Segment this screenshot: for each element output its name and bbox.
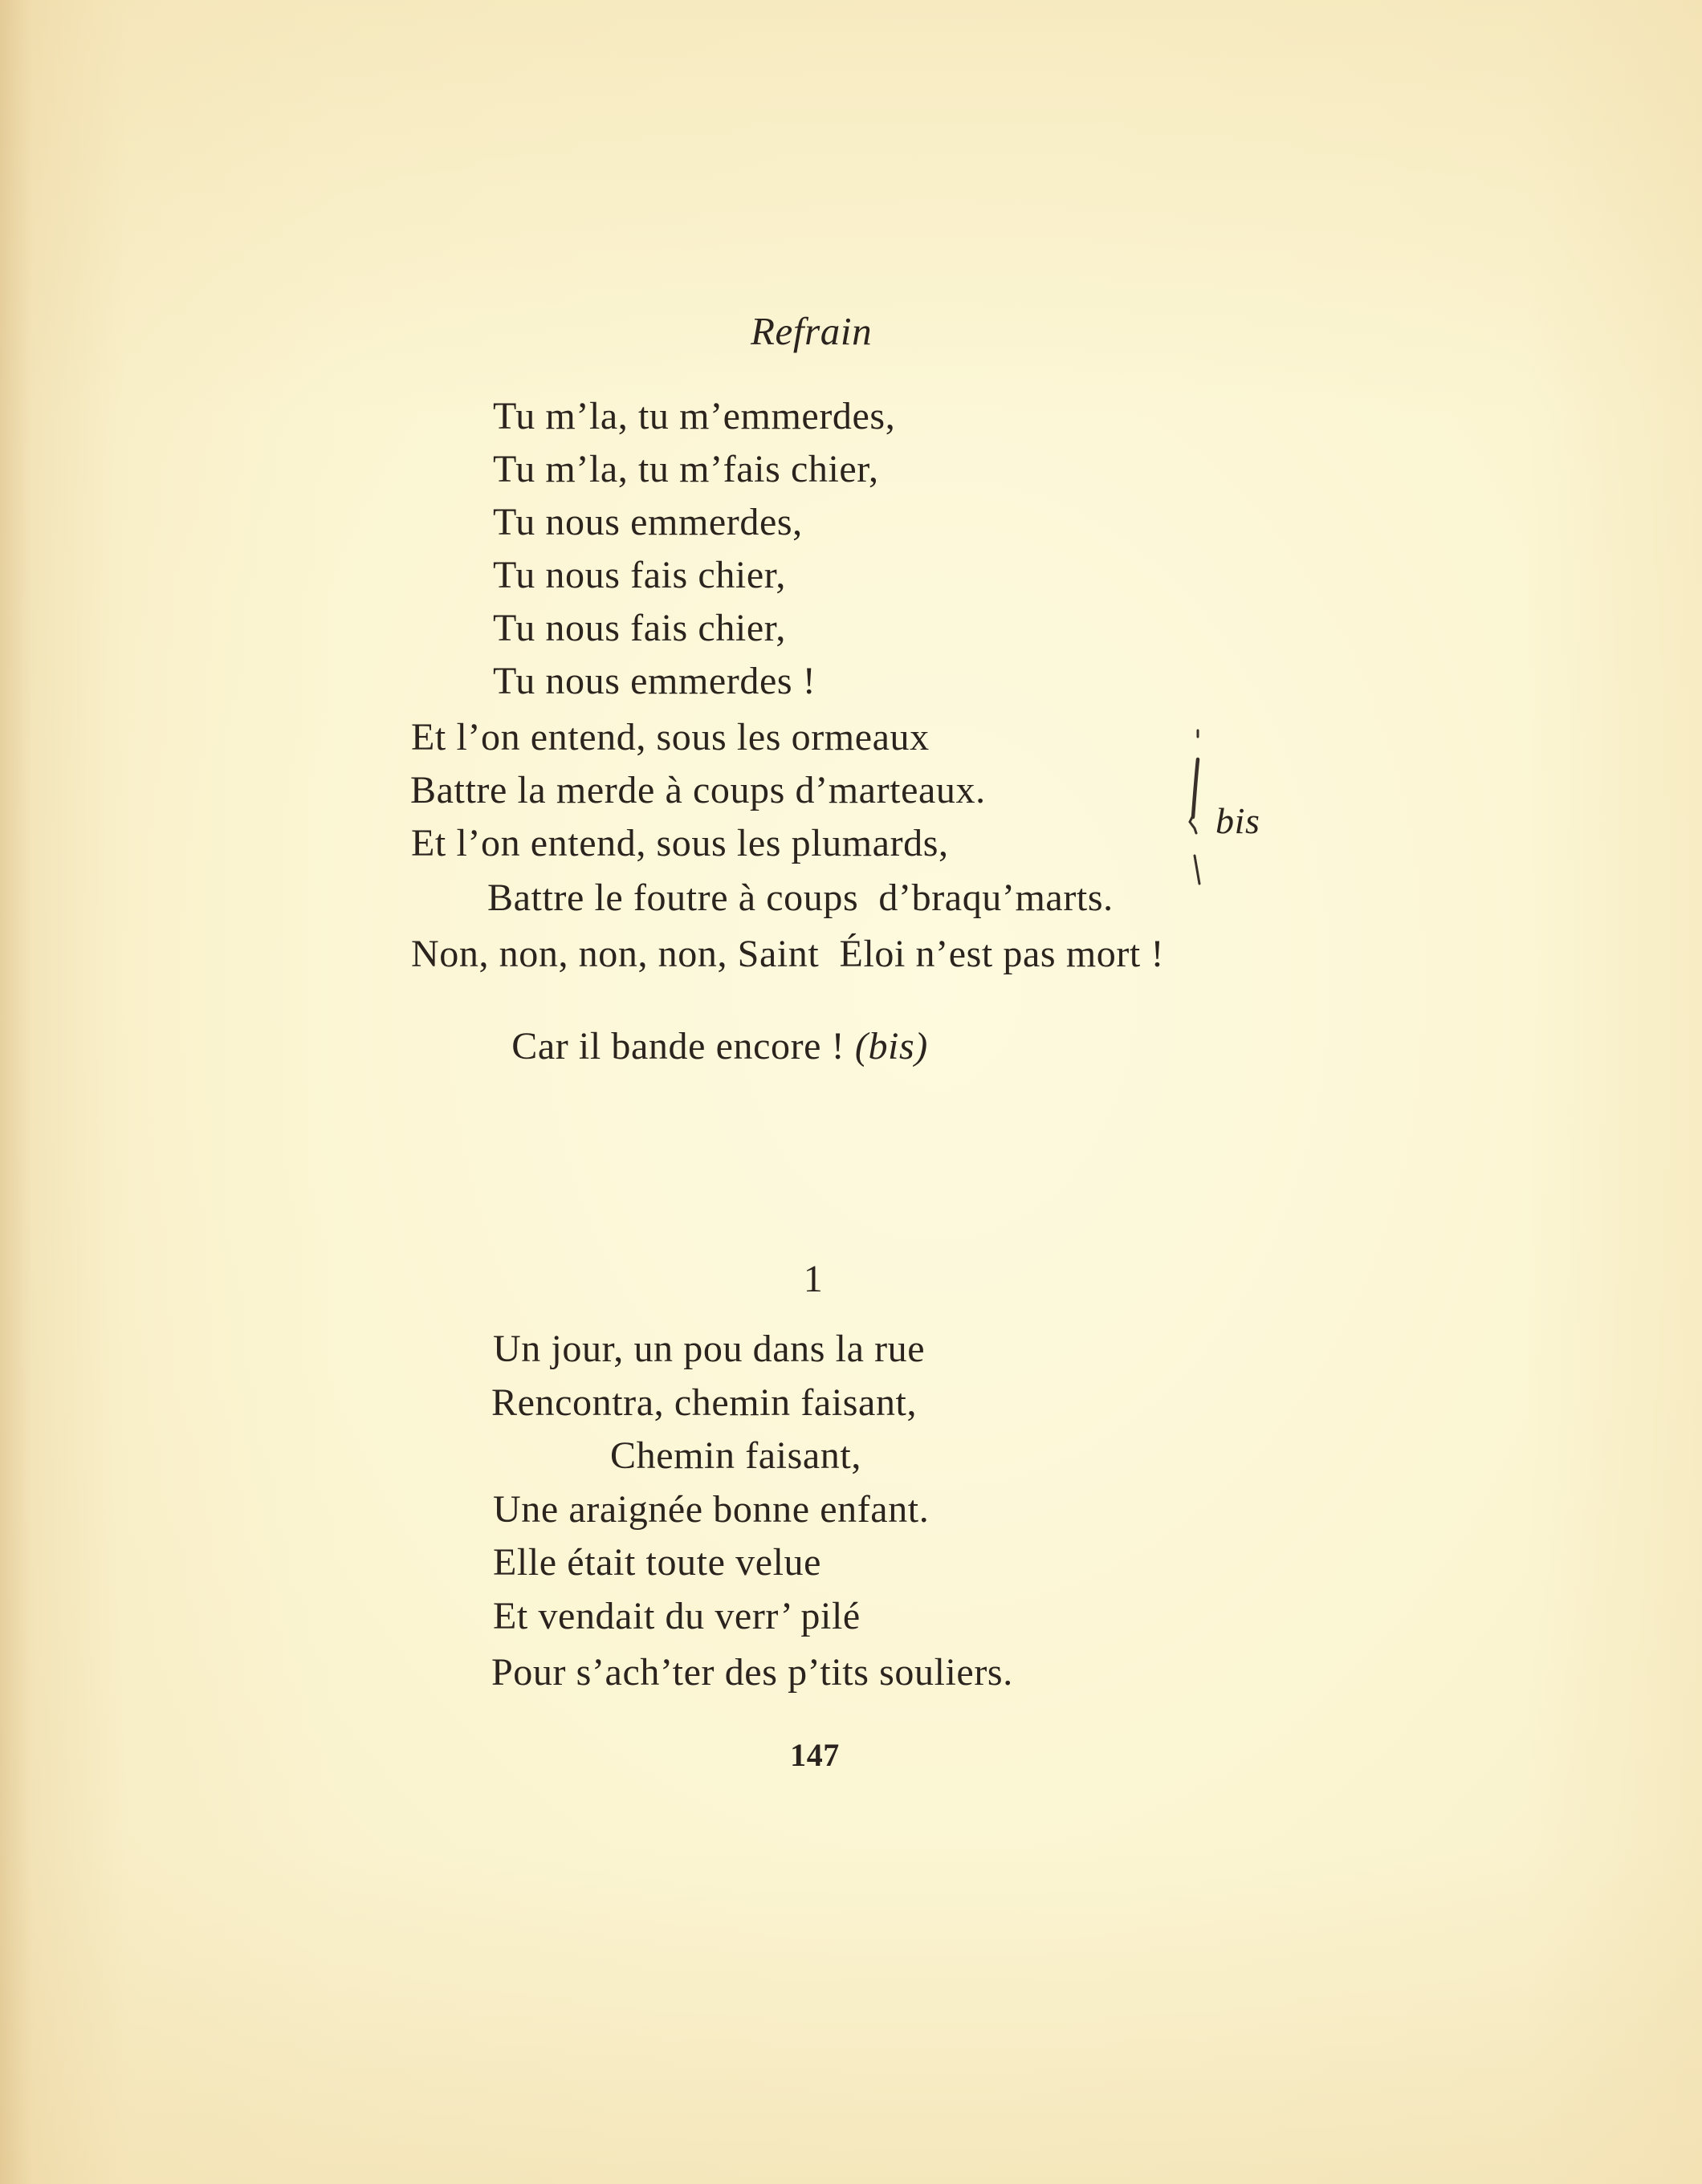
refrain-line: Non, non, non, non, Saint Éloi n’est pas…	[411, 935, 1164, 974]
verse-line: Chemin faisant,	[610, 1437, 861, 1475]
refrain-line: Tu nous emmerdes !	[493, 662, 816, 701]
refrain-line: Tu m’la, tu m’fais chier,	[493, 450, 879, 489]
bis-repeat-marker: (bis)	[855, 1025, 928, 1068]
refrain-line: Et l’on entend, sous les ormeaux	[411, 718, 930, 757]
refrain-line: Et l’on entend, sous les plumards,	[411, 824, 949, 863]
verse-line: Un jour, un pou dans la rue	[493, 1330, 925, 1369]
refrain-line: Tu nous emmerdes,	[493, 503, 803, 542]
verse-line: Rencontra, chemin faisant,	[491, 1384, 917, 1422]
verse-line: Pour s’ach’ter des p’tits souliers.	[491, 1653, 1013, 1692]
page-number: 147	[790, 1736, 840, 1775]
refrain-line: Tu nous fais chier,	[493, 556, 786, 595]
refrain-line: Battre le foutre à coups d’braqu’marts.	[487, 879, 1114, 917]
verse-line: Et vendait du verr’ pilé	[493, 1597, 861, 1636]
verse-line: Une araignée bonne enfant.	[493, 1491, 929, 1529]
bis-label: bis	[1215, 802, 1260, 840]
refrain-heading: Refrain	[751, 312, 872, 351]
refrain-line: Tu nous fais chier,	[493, 609, 786, 648]
verse-line: Elle était toute velue	[493, 1543, 821, 1582]
refrain-last-text: Car il bande encore !	[511, 1025, 855, 1068]
verse-number: 1	[804, 1260, 824, 1299]
refrain-line: Tu m’la, tu m’emmerdes,	[493, 397, 895, 436]
refrain-line-last: Car il bande encore ! (bis)	[491, 989, 928, 1066]
curly-brace-icon	[1180, 727, 1212, 888]
refrain-line: Battre la merde à coups d’marteaux.	[410, 771, 986, 810]
